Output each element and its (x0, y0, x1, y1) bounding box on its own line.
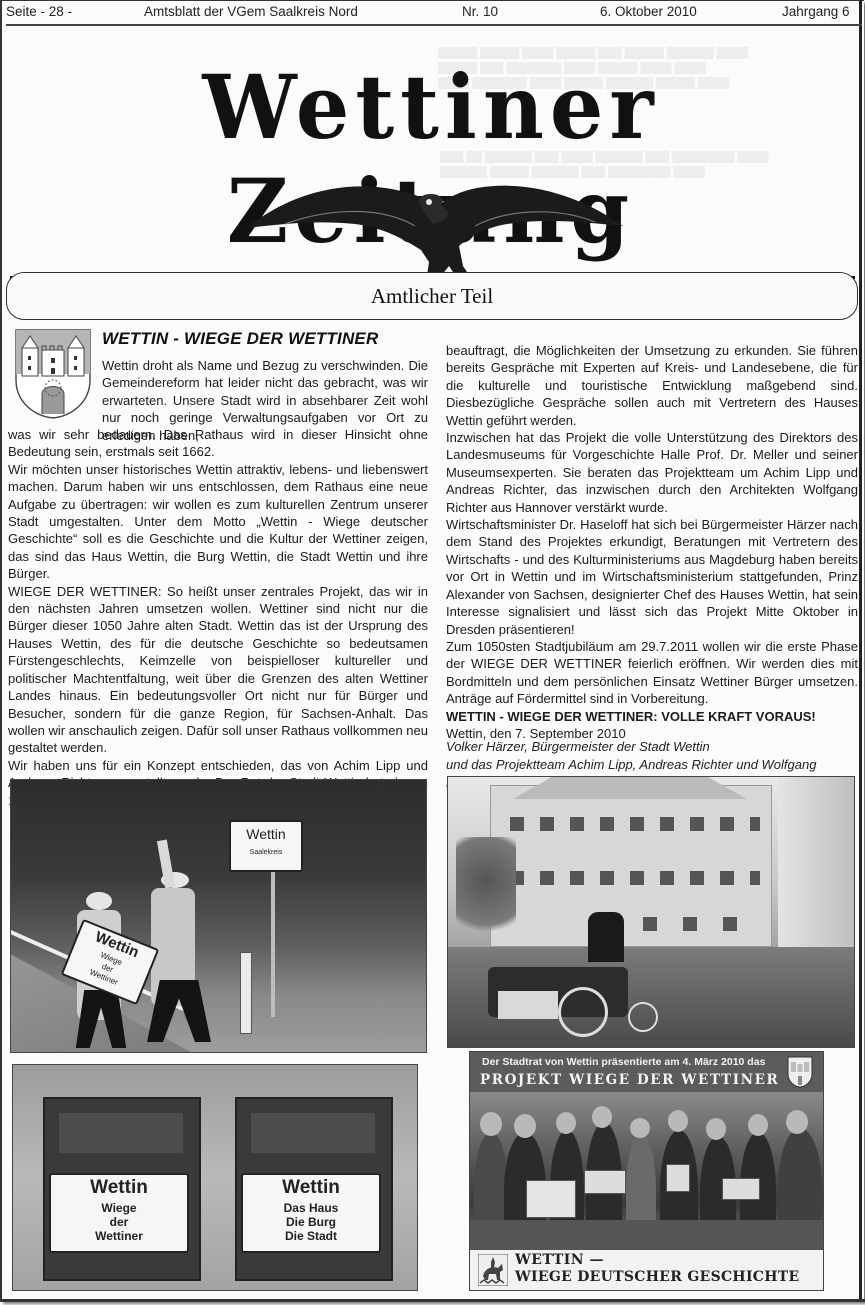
window-sign-left: Wettin Wiege der Wettiner (49, 1173, 189, 1253)
page-edge (0, 1299, 865, 1302)
windows-row (643, 917, 763, 931)
carriage-box (498, 991, 558, 1019)
person-head (630, 1118, 650, 1138)
carriage-wheel (628, 1002, 658, 1032)
architecture-model (584, 1170, 626, 1194)
section-header: Amtlicher Teil (6, 272, 858, 320)
person-head (556, 1112, 576, 1134)
tree (456, 837, 516, 947)
person-head (480, 1112, 502, 1136)
window-sign-line: Das Haus (243, 1201, 379, 1215)
publication-name: Amtsblatt der VGem Saalkreis Nord (144, 4, 358, 19)
header-rule (6, 24, 862, 26)
paragraph: Wirtschaftsminister Dr. Haseloff hat sic… (446, 516, 858, 638)
photo-road-sign: Wettin Saalekreis Wettin Wiege der Wetti… (10, 779, 427, 1053)
poster-group-photo (470, 1092, 823, 1250)
issue-date: 6. Oktober 2010 (600, 4, 697, 19)
road-post (240, 952, 252, 1034)
issue-number: Nr. 10 (462, 4, 498, 19)
person-head (514, 1114, 536, 1138)
window-sign-line: Wettiner (51, 1229, 187, 1243)
paragraph: WIEGE DER WETTINER: So heißt unser zentr… (8, 583, 428, 757)
person-head (592, 1106, 612, 1128)
roof (500, 777, 760, 799)
waving-arm (157, 839, 175, 888)
section-title: Amtlicher Teil (371, 284, 493, 308)
poster-subtitle: Der Stadtrat von Wettin präsentierte am … (482, 1056, 765, 1068)
poster-footer-line: WIEGE DEUTSCHER GESCHICHTE (515, 1269, 799, 1285)
photo-town-hall (447, 776, 855, 1048)
table (470, 1220, 823, 1250)
window-pane (59, 1113, 183, 1153)
paragraph: Zum 1050sten Stadtjubiläum am 29.7.2011 … (446, 638, 858, 708)
paragraph: Inzwischen hat das Projekt die volle Unt… (446, 429, 858, 516)
masthead: Wettiner Zeitung (0, 38, 862, 258)
window-sign-name: Wettin (243, 1175, 379, 1201)
eagle-icon (245, 166, 625, 286)
person-hat (86, 892, 112, 910)
photo-project-poster: Der Stadtrat von Wettin präsentierte am … (469, 1051, 824, 1291)
person-head (706, 1118, 726, 1140)
coachman (588, 912, 624, 962)
architecture-model (666, 1164, 690, 1192)
window-sign-right: Wettin Das Haus Die Burg Die Stadt (241, 1173, 381, 1253)
running-header: Seite - 28 - Amtsblatt der VGem Saalkrei… (6, 2, 858, 24)
poster-footer-line: WETTIN — (515, 1252, 604, 1268)
window-pane (251, 1113, 375, 1153)
page-number: Seite - 28 - (6, 4, 72, 19)
window-sign-name: Wettin (51, 1175, 187, 1201)
signature-line: Volker Härzer, Bürgermeister der Stadt W… (446, 738, 858, 756)
photo-window-signs: Wettin Wiege der Wettiner Wettin Das Hau… (12, 1064, 418, 1291)
window-sign-line: Die Stadt (243, 1229, 379, 1243)
windows-row (510, 871, 760, 885)
person-head (668, 1110, 688, 1132)
poster-header: Der Stadtrat von Wettin präsentierte am … (470, 1052, 823, 1092)
poster-footer: WETTIN — WIEGE DEUTSCHER GESCHICHTE (470, 1250, 823, 1290)
town-sign: Wettin Saalekreis (229, 820, 303, 872)
coat-of-arms-icon (14, 328, 92, 420)
article-column-left: was wir sehr bedauern. Das Rathaus wird … (8, 426, 428, 809)
window-sign-line: der (51, 1215, 187, 1229)
paragraph: was wir sehr bedauern. Das Rathaus wird … (8, 426, 428, 461)
paragraph: Wir möchten unser historisches Wettin at… (8, 461, 428, 583)
sign-post (271, 872, 275, 1017)
coat-of-arms-icon (787, 1056, 813, 1088)
architecture-model (722, 1178, 760, 1200)
paragraph: beauftragt, die Möglichkeiten der Umsetz… (446, 342, 858, 429)
poster-title: PROJEKT WIEGE DER WETTINER (480, 1072, 779, 1088)
person-head (748, 1114, 768, 1136)
carriage-wheel (558, 987, 608, 1037)
slogan: WETTIN - WIEGE DER WETTINER: VOLLE KRAFT… (446, 708, 858, 725)
window-sign-line: Wiege (51, 1201, 187, 1215)
town-sign-district: Saalekreis (231, 846, 301, 860)
horse-rider-icon (478, 1254, 508, 1286)
article-column-right: beauftragt, die Möglichkeiten der Umsetz… (446, 342, 858, 742)
person-head (786, 1110, 808, 1134)
window-sign-line: Die Burg (243, 1215, 379, 1229)
town-sign-name: Wettin (231, 822, 301, 846)
windows-row (510, 817, 760, 831)
volume: Jahrgang 6 (782, 4, 850, 19)
article-headline: WETTIN - WIEGE DER WETTINER (102, 329, 378, 349)
architecture-model (526, 1180, 576, 1218)
